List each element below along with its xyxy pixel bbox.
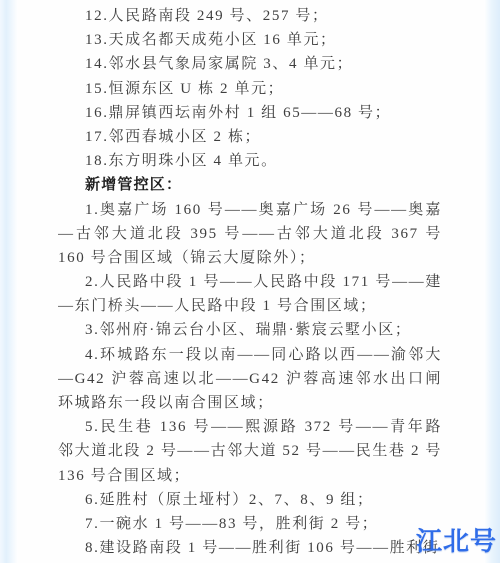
list-item-13: 13.天成名都天成苑小区 16 单元； xyxy=(58,28,442,52)
paragraph-1-line-2: —古邻大道北段 395 号——古邻大道北段 367 号——奥嘉广场 xyxy=(58,222,442,246)
paragraph-2-line-1: 2.人民路中段 1 号——人民路中段 171 号——建新路 1 号— xyxy=(58,270,442,294)
paragraph-2-line-2: —东门桥头——人民路中段 1 号合围区域； xyxy=(58,294,442,318)
watermark-jiangbeihao: 江北号 xyxy=(416,528,497,554)
page-right-gutter xyxy=(484,0,500,563)
paragraph-7: 7.一碗水 1 号——83 号，胜利街 2 号； xyxy=(58,512,442,536)
paragraph-5-line-2: 邻大道北段 2 号——古邻大道 52 号——民生巷 2 号——民生巷 xyxy=(58,439,442,463)
list-item-18: 18.东方明珠小区 4 单元。 xyxy=(58,149,442,173)
list-item-14: 14.邻水县气象局家属院 3、4 单元； xyxy=(58,52,442,76)
list-item-16: 16.鼎屏镇西坛南外村 1 组 65——68 号； xyxy=(58,101,442,125)
list-item-15: 15.恒源东区 U 栋 2 单元； xyxy=(58,77,442,101)
document-page: 12.人民路南段 249 号、257 号； 13.天成名都天成苑小区 16 单元… xyxy=(0,0,500,563)
document-body: 12.人民路南段 249 号、257 号； 13.天成名都天成苑小区 16 单元… xyxy=(58,4,442,560)
paragraph-5-line-3: 136 号合围区域； xyxy=(58,464,442,488)
paragraph-4-line-1: 4.环城路东一段以南——同心路以西——渝邻大道以北— xyxy=(58,343,442,367)
paragraph-6: 6.延胜村（原土垭村）2、7、8、9 组； xyxy=(58,488,442,512)
page-left-gutter xyxy=(0,0,18,563)
paragraph-5-line-1: 5.民生巷 136 号——熙源路 372 号——青年路 315 号——古 xyxy=(58,415,442,439)
paragraph-4-line-3: 环城路东一段以南合围区域； xyxy=(58,391,442,415)
paragraph-3: 3.邻州府·锦云台小区、瑞鼎·紫宸云墅小区； xyxy=(58,318,442,342)
list-item-12: 12.人民路南段 249 号、257 号； xyxy=(58,4,442,28)
list-item-17: 17.邻西春城小区 2 栋； xyxy=(58,125,442,149)
paragraph-4-line-2: —G42 沪蓉高速以北——G42 沪蓉高速邻水出口闸道以东—— xyxy=(58,367,442,391)
section-heading-new-control-zones: 新增管控区： xyxy=(58,173,442,197)
paragraph-8-line-1: 8.建设路南段 1 号——胜利街 106 号——胜利街 76 号—— xyxy=(58,536,442,560)
paragraph-1-line-3: 160 号合围区域（锦云大厦除外）； xyxy=(58,246,442,270)
paragraph-1-line-1: 1.奥嘉广场 160 号——奥嘉广场 26 号——奥嘉广场 40 号— xyxy=(58,198,442,222)
